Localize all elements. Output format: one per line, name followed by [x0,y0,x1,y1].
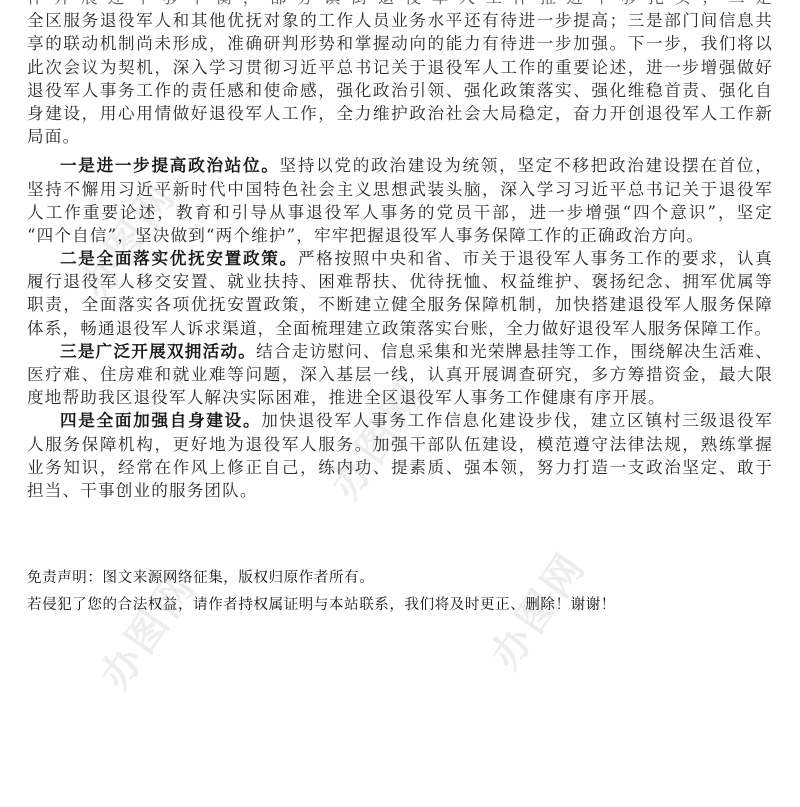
section-heading: 二是全面落实优抚安置政策。 [60,248,298,268]
intro-line: 享的联动机制尚未形成，准确研判形势和掌握动向的能力有待进一步加强。下一步，我们将… [27,32,773,55]
section-line: “四个自信”，坚决做到“两个维护”，牢牢把握退役军人事务保障工作的正确政治方向。 [27,224,773,247]
section-line: 度地帮助我区退役军人解决实际困难，推进全区退役军人事务工作健康有序开展。 [27,386,773,409]
section-heading: 一是进一步提高政治站位。 [60,155,280,175]
disclaimer-line-1: 免责声明：图文来源网络征集，版权归原作者所有。 [27,565,616,592]
intro-line: 身建设，用心用情做好退役军人工作，全力维护政治社会大局稳定，奋力开创退役军人工作… [27,102,773,125]
section-text: 加快退役军人事务工作信息化建设步伐，建立区镇村三级退役军 [261,411,773,430]
intro-line: 退役军人事务工作的责任感和使命感，强化政治引领、强化政策落实、强化维稳首责、强化… [27,79,773,102]
section-heading: 四是全面加强自身建设。 [60,410,261,430]
section-heading: 三是广泛开展双拥活动。 [60,341,256,361]
intro-line: 全区服务退役军人和其他优抚对象的工作人员业务水平还有待进一步提高；三是部门间信息… [27,9,773,32]
section-text: 严格按照中央和省、市关于退役军人事务工作的要求，认真 [298,249,773,268]
section-line: 坚持不懈用习近平新时代中国特色社会主义思想武装头脑，深入学习习近平总书记关于退役… [27,178,773,201]
document-body: 作开展还不够平衡，部分镇街退役军人工作推进不够扎实；二是 全区服务退役军人和其他… [27,0,773,502]
section-4-first-line: 四是全面加强自身建设。加快退役军人事务工作信息化建设步伐，建立区镇村三级退役军 [27,409,773,432]
section-1-first-line: 一是进一步提高政治站位。坚持以党的政治建设为统领，坚定不移把政治建设摆在首位， [27,154,773,177]
disclaimer: 免责声明：图文来源网络征集，版权归原作者所有。 若侵犯了您的合法权益，请作者持权… [27,565,616,619]
intro-line: 局面。 [27,125,773,148]
section-line: 业务知识，经常在作风上修正自己，练内功、提素质、强本领，努力打造一支政治坚定、敢… [27,456,773,479]
section-line: 人工作重要论述，教育和引导从事退役军人事务的党员干部，进一步增强“四个意识”，坚… [27,201,773,224]
section-3-first-line: 三是广泛开展双拥活动。结合走访慰问、信息采集和光荣牌悬挂等工作，围绕解决生活难、 [27,340,773,363]
section-line: 人服务保障机构，更好地为退役军人服务。加强干部队伍建设，模范遵守法律法规，熟练掌… [27,433,773,456]
section-text: 坚持以党的政治建设为统领，坚定不移把政治建设摆在首位， [280,156,773,175]
section-text: 结合走访慰问、信息采集和光荣牌悬挂等工作，围绕解决生活难、 [256,342,773,361]
section-line: 担当、干事创业的服务团队。 [27,479,773,502]
section-line: 体系，畅通退役军人诉求渠道，全面梳理建立政策落实台账，全力做好退役军人服务保障工… [27,317,773,340]
cut-off-line: 作开展还不够平衡，部分镇街退役军人工作推进不够扎实；二是 [27,0,773,9]
intro-line: 此次会议为契机，深入学习贯彻习近平总书记关于退役军人工作的重要论述，进一步增强做… [27,56,773,79]
disclaimer-line-2: 若侵犯了您的合法权益，请作者持权属证明与本站联系，我们将及时更正、删除！谢谢！ [27,592,616,619]
section-line: 履行退役军人移交安置、就业扶持、困难帮扶、优待抚恤、权益维护、褒扬纪念、拥军优属… [27,270,773,293]
section-2-first-line: 二是全面落实优抚安置政策。严格按照中央和省、市关于退役军人事务工作的要求，认真 [27,247,773,270]
section-line: 医疗难、住房难和就业难等问题，深入基层一线，认真开展调查研究，多方筹措资金，最大… [27,363,773,386]
section-line: 职责，全面落实各项优抚安置政策，不断建立健全服务保障机制，加快搭建退役军人服务保… [27,293,773,316]
